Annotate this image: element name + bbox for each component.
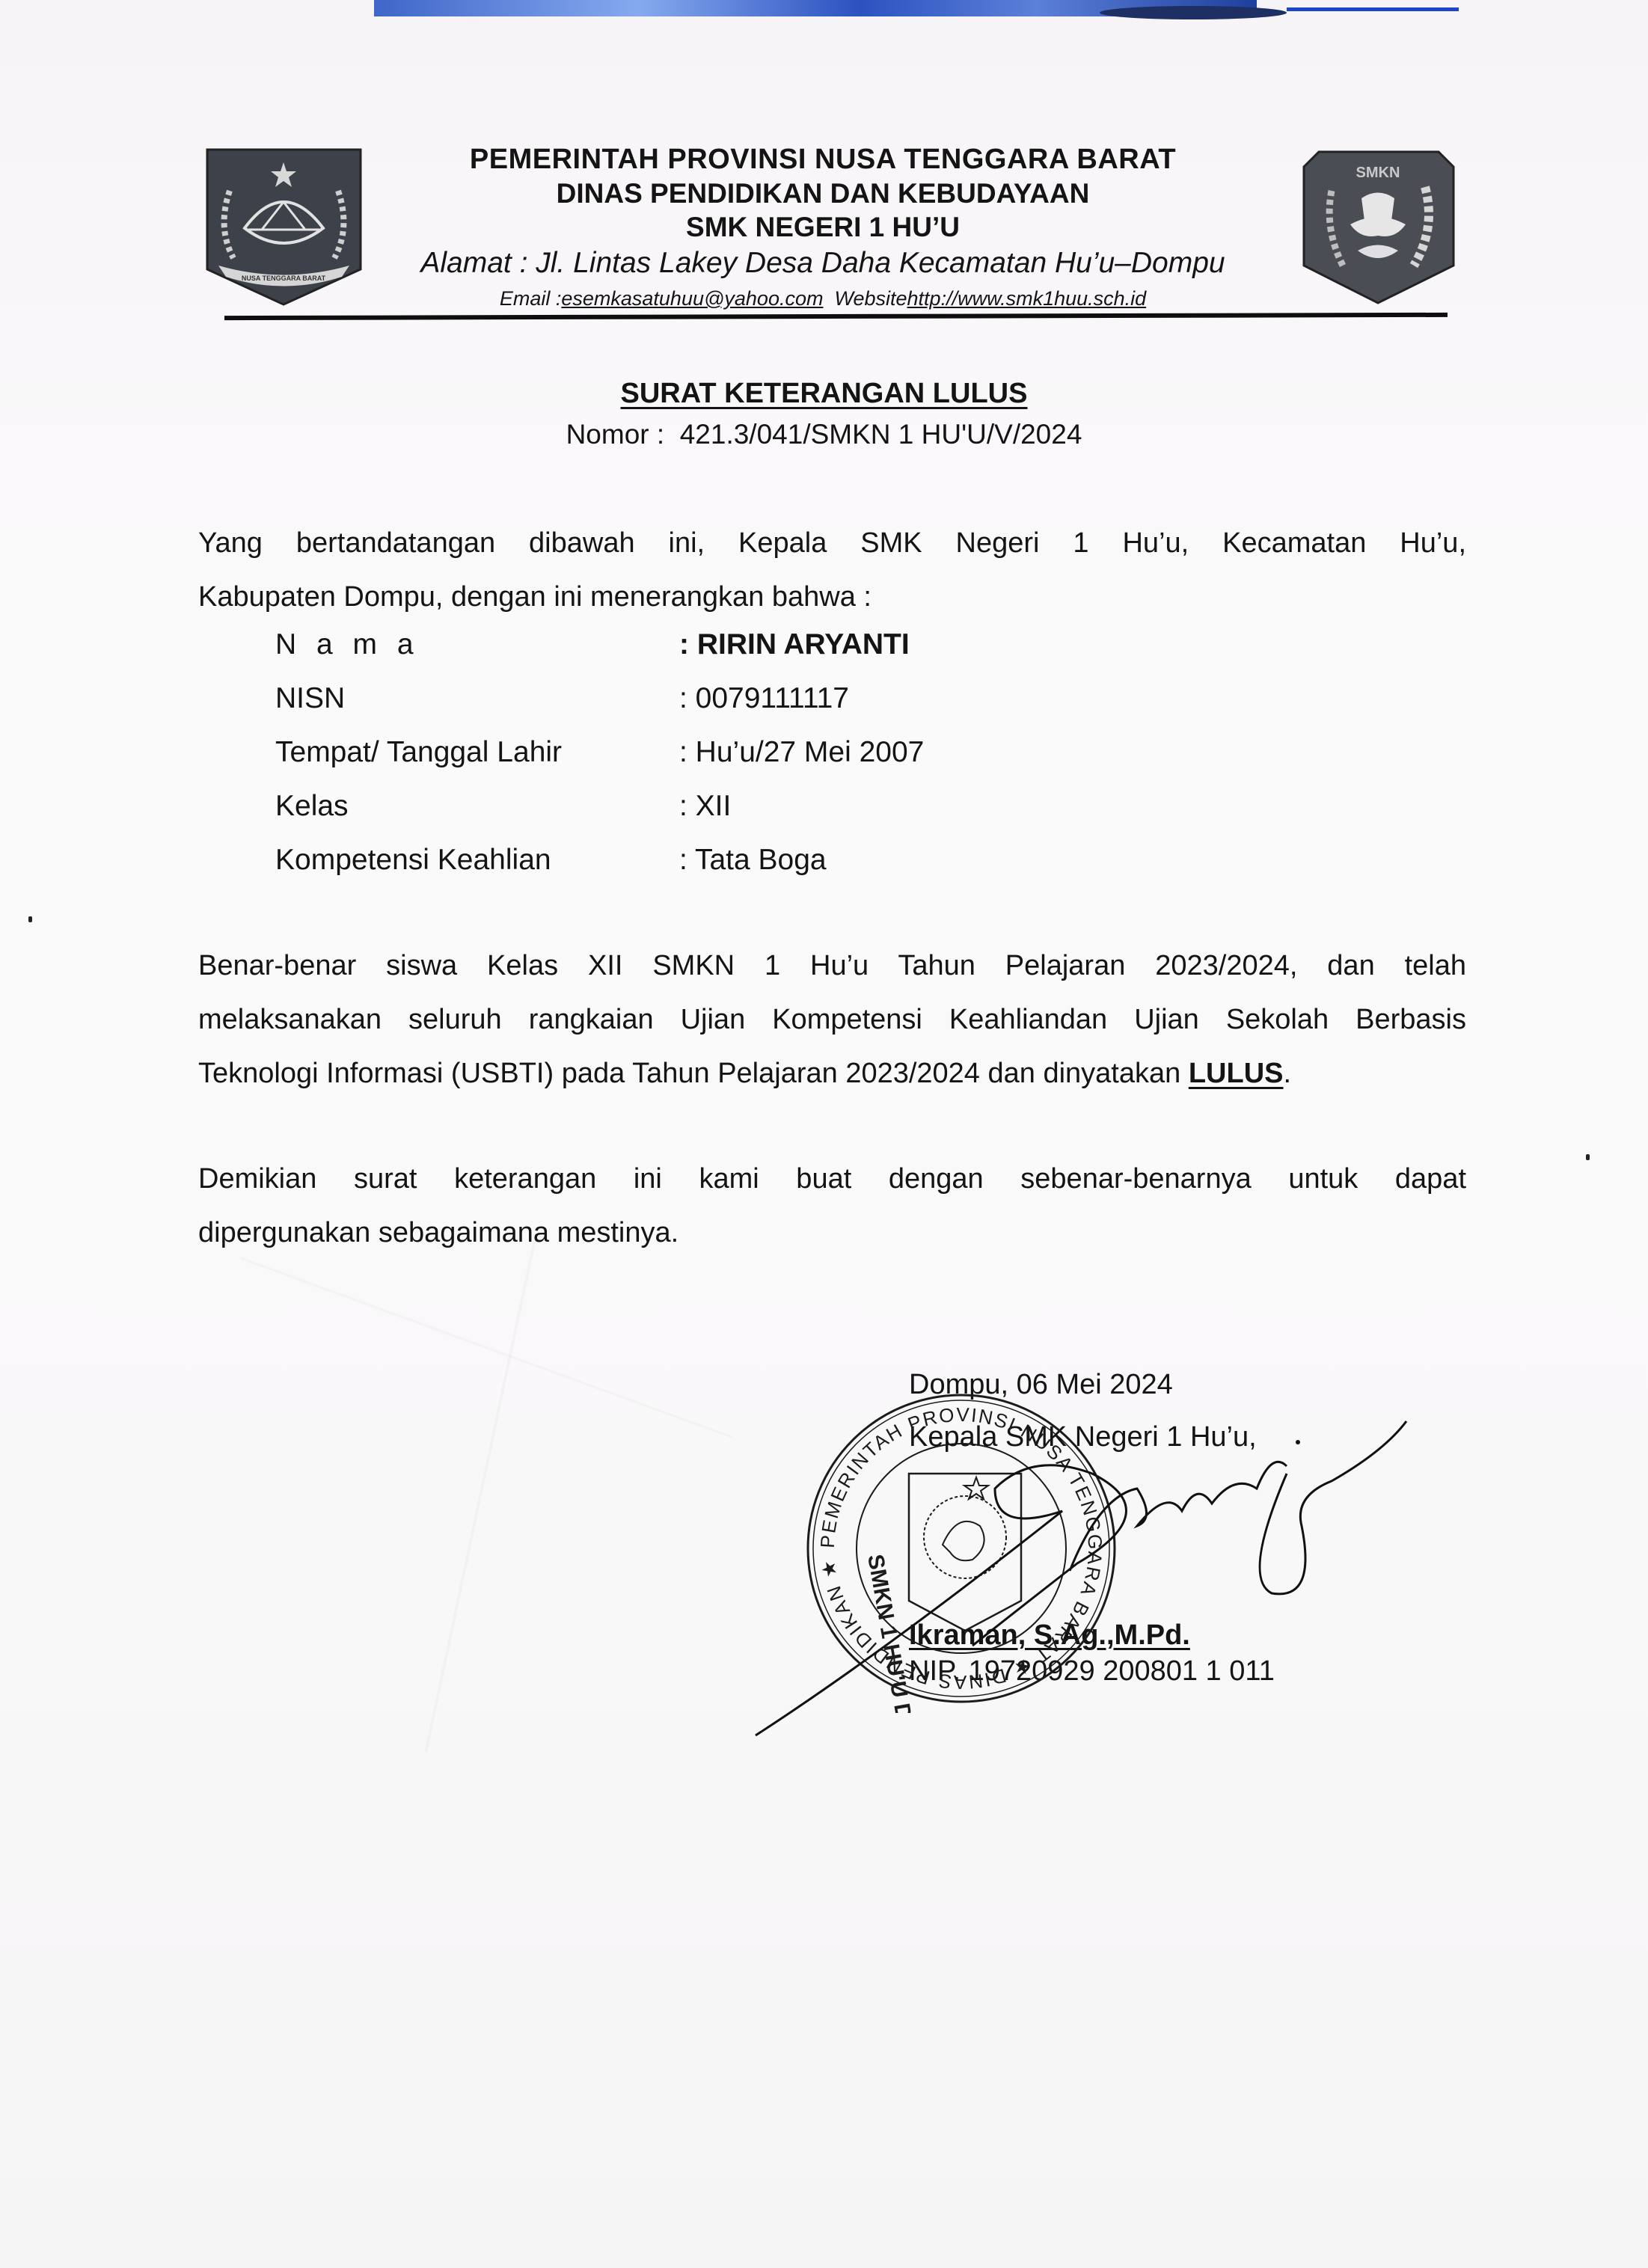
intro-line-2: Kabupaten Dompu, dengan ini menerangkan … <box>198 581 872 613</box>
field-row-kompetensi: Kompetensi Keahlian : Tata Boga <box>275 844 1173 898</box>
letterhead-department: DINAS PENDIDIKAN DAN KEBUDAYAAN <box>359 178 1287 209</box>
body-line-3: Teknologi Informasi (USBTI) pada Tahun P… <box>198 1058 1180 1089</box>
status-badge: LULUS <box>1189 1058 1284 1089</box>
document-number-label: Nomor : <box>566 419 665 450</box>
field-value: : Tata Boga <box>679 844 827 877</box>
field-label: Kelas <box>275 790 349 823</box>
field-row-nama: N a m a : RIRIN ARYANTI <box>275 628 1173 682</box>
website-link[interactable]: http://www.smk1huu.sch.id <box>907 287 1147 310</box>
field-value: : RIRIN ARYANTI <box>679 628 910 661</box>
document-title: SURAT KETERANGAN LULUS <box>0 378 1648 410</box>
closing-line-1: Demikian surat keterangan ini kami buat … <box>198 1152 1466 1206</box>
letterhead-government: PEMERINTAH PROVINSI NUSA TENGGARA BARAT <box>359 144 1287 176</box>
closing-paragraph: Demikian surat keterangan ini kami buat … <box>198 1152 1466 1260</box>
svg-text:SMKN: SMKN <box>1356 165 1400 181</box>
smkn-school-emblem-icon: SMKN <box>1298 146 1459 307</box>
website-label: Website <box>834 287 907 310</box>
student-details: N a m a : RIRIN ARYANTI NISN : 007911111… <box>275 628 1173 898</box>
body-paragraph: Benar-benar siswa Kelas XII SMKN 1 Hu’u … <box>198 939 1466 1100</box>
field-value: : 0079111117 <box>679 682 849 715</box>
signature-role: Kepala SMK Negeri 1 Hu’u, <box>909 1421 1257 1453</box>
signatory-name: Ikraman, S.Ag.,M.Pd. <box>909 1619 1190 1652</box>
ntb-province-emblem-icon: NUSA TENGGARA BARAT <box>203 146 364 307</box>
field-label: NISN <box>275 682 345 715</box>
body-line-2: melaksanakan seluruh rangkaian Ujian Kom… <box>198 993 1466 1046</box>
status-suffix: . <box>1283 1058 1291 1089</box>
email-label: Email : <box>500 287 562 310</box>
paper-speck <box>28 916 32 922</box>
body-line-1: Benar-benar siswa Kelas XII SMKN 1 Hu’u … <box>198 939 1466 993</box>
letterhead-divider <box>224 313 1448 320</box>
intro-paragraph: Yang bertandatangan dibawah ini, Kepala … <box>198 516 1466 624</box>
letterhead-school: SMK NEGERI 1 HU’U <box>359 212 1287 243</box>
paper-crease <box>240 1257 733 1438</box>
field-label: Kompetensi Keahlian <box>275 844 551 877</box>
document-number-value: 421.3/041/SMKN 1 HU'U/V/2024 <box>680 419 1082 450</box>
field-row-birth: Tempat/ Tanggal Lahir : Hu’u/27 Mei 2007 <box>275 736 1173 790</box>
document-title-text: SURAT KETERANGAN LULUS <box>621 378 1028 409</box>
letterhead-contact: Email :esemkasatuhuu@yahoo.com Websiteht… <box>359 287 1287 310</box>
field-label: N a m a <box>275 628 420 661</box>
intro-line-1: Yang bertandatangan dibawah ini, Kepala … <box>198 516 1466 570</box>
letterhead-address: Alamat : Jl. Lintas Lakey Desa Daha Keca… <box>359 247 1287 280</box>
signature-place-date: Dompu, 06 Mei 2024 <box>909 1369 1173 1401</box>
closing-line-2: dipergunakan sebagaimana mestinya. <box>198 1217 679 1248</box>
signatory-nip: NIP. 19720929 200801 1 011 <box>909 1655 1275 1688</box>
logo-ribbon-text: NUSA TENGGARA BARAT <box>242 275 326 282</box>
handwritten-signature-icon <box>748 1406 1421 1743</box>
field-label: Tempat/ Tanggal Lahir <box>275 736 562 769</box>
scan-edge-artifact <box>1287 7 1459 11</box>
email-link[interactable]: esemkasatuhuu@yahoo.com <box>561 287 823 310</box>
paper-crease <box>424 1239 536 1753</box>
field-row-kelas: Kelas : XII <box>275 790 1173 844</box>
field-value: : Hu’u/27 Mei 2007 <box>679 736 924 769</box>
paper-speck <box>1586 1154 1590 1160</box>
scan-edge-artifact <box>1100 6 1287 19</box>
field-row-nisn: NISN : 0079111117 <box>275 682 1173 736</box>
document-number: Nomor : 421.3/041/SMKN 1 HU'U/V/2024 <box>0 419 1648 450</box>
field-value: : XII <box>679 790 731 823</box>
